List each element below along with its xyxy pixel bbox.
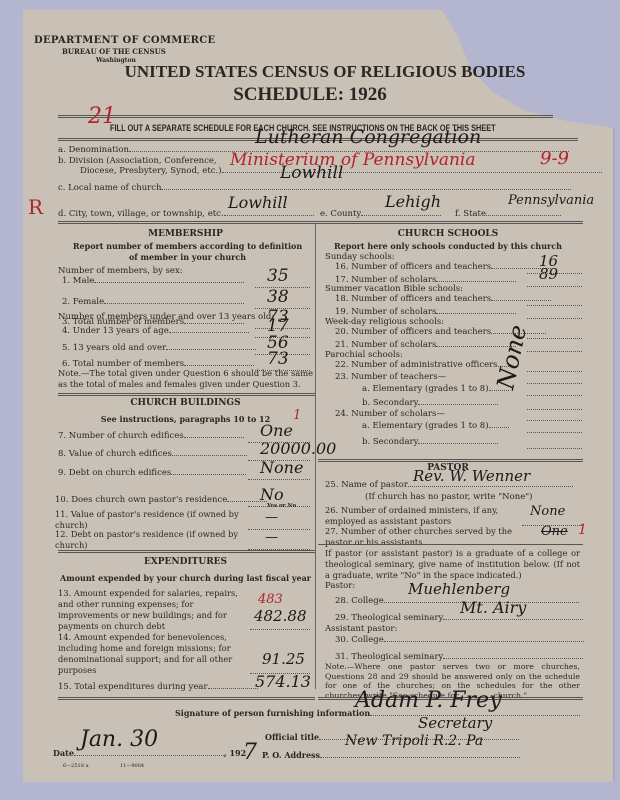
schools-q1-label: 17. Number of scholars — [335, 275, 516, 285]
label-text: 31. Theological seminary — [335, 652, 443, 662]
label-text: 23. Number of teachers— — [335, 372, 446, 382]
buildings-q8-value: 20000.00 — [260, 439, 336, 458]
membership-q1-label: 1. Male — [62, 276, 244, 286]
divider — [318, 459, 583, 462]
schools-q1-value: 89 — [539, 265, 558, 283]
leader-dots — [418, 443, 498, 444]
year-value: 7 — [243, 740, 257, 765]
membership-q2-label: 2. Female — [62, 297, 244, 307]
answer-line — [527, 295, 582, 306]
buildings-q11-label: 11. Value of pastor's residence (if owne… — [55, 509, 245, 531]
label-text: 18. Number of officers and teachers — [335, 294, 491, 304]
department-name: DEPARTMENT OF COMMERCE — [34, 35, 215, 46]
exp-13-red: 483 — [258, 592, 283, 607]
membership-q1-value: 35 — [267, 266, 289, 286]
label-text: 25. Name of pastor — [325, 480, 408, 490]
buildings-q8-label: 8. Value of church edifices — [58, 449, 247, 459]
schools-q5-label: 21. Number of scholars — [335, 340, 516, 350]
graduate-note: If pastor (or assistant pastor) is a gra… — [325, 548, 580, 581]
label-text: 19. Number of scholars — [335, 307, 436, 317]
buildings-q10-label: 10. Does church own pastor's residence — [55, 495, 267, 505]
expenditures-intro: Amount expended by your church during la… — [58, 573, 313, 583]
answer-line — [248, 519, 310, 530]
schools-q6-label: 22. Number of administrative officers — [335, 360, 513, 370]
buildings-q10-value: No — [260, 485, 284, 504]
label-text: 7. Number of church edifices — [58, 431, 184, 441]
buildings-q7-label: 7. Number of church edifices — [58, 431, 244, 441]
form-subtitle: SCHEDULE: 1926 — [0, 84, 620, 106]
q25-value: Rev. W. Wenner — [413, 467, 530, 485]
q30-label: 30. College — [335, 635, 584, 645]
local-name-label: c. Local name of church — [58, 183, 571, 193]
label-text: c. Local name of church — [58, 183, 161, 193]
exp-13-value: 482.88 — [254, 607, 307, 625]
answer-line — [527, 422, 582, 433]
answer-line — [224, 215, 314, 216]
state-label: f. State — [455, 209, 561, 219]
schools-q11-label: a. Elementary (grades 1 to 8) — [362, 421, 509, 431]
q27-red: 1 — [578, 522, 587, 538]
label-text: 1. Male — [62, 276, 94, 286]
exp-14-label: 14. Amount expended for benevolences, in… — [58, 632, 248, 676]
leader-dots — [94, 282, 244, 283]
schools-intro: Report here only schools conducted by th… — [318, 241, 578, 251]
exp-14-value: 91.25 — [262, 650, 305, 668]
schools-q9-label: b. Secondary — [362, 398, 498, 408]
label-text: a. Elementary (grades 1 to 8) — [362, 421, 489, 431]
buildings-heading: CHURCH BUILDINGS — [58, 398, 313, 408]
form-title: UNITED STATES CENSUS OF RELIGIOUS BODIES — [0, 62, 620, 82]
by-age-label: Number of members under and over 13 year… — [58, 312, 274, 322]
assistant-sub-label: Assistant pastor: — [325, 624, 397, 634]
label-text: Diocese, Presbytery, Synod, etc.) — [80, 166, 222, 176]
label-text: 15. Total expenditures during year — [58, 682, 208, 692]
label-text: 24. Number of scholars— — [335, 409, 445, 419]
division-code: 9-9 — [540, 148, 569, 169]
leader-dots — [166, 349, 256, 350]
leader-dots — [436, 281, 516, 282]
leader-dots — [489, 427, 509, 428]
answer-line — [408, 486, 573, 487]
schools-q2-label: 18. Number of officers and teachers — [335, 294, 551, 304]
buildings-q11-value: — — [265, 510, 278, 525]
q25-hint: (If church has no pastor, write "None") — [365, 492, 532, 502]
label-text: a. Elementary (grades 1 to 8) — [362, 384, 489, 394]
schools-q12-label: b. Secondary — [362, 437, 498, 447]
expenditures-heading: EXPENDITURES — [58, 557, 313, 567]
q27-value: One — [541, 524, 568, 539]
membership-q2-value: 38 — [267, 287, 289, 307]
label-text: f. State — [455, 209, 486, 219]
label-text: 20. Number of officers and teachers — [335, 327, 491, 337]
label-text: 5. 13 years old and over — [62, 343, 166, 353]
exp-13-label: 13. Amount expended for salaries, repair… — [58, 588, 248, 632]
signature-value: Adam P. Frey — [355, 688, 502, 713]
answer-line — [527, 308, 582, 319]
leader-dots — [169, 332, 249, 333]
buildings-q7-red: 1 — [293, 408, 301, 423]
leader-dots — [172, 455, 247, 456]
exp-15-label: 15. Total expenditures during year — [58, 682, 258, 692]
city-value: Lowhill — [228, 193, 288, 212]
answer-line — [527, 438, 582, 449]
label-text: 16. Number of officers and teachers — [335, 262, 491, 272]
leader-dots — [184, 437, 244, 438]
exp-15-value: 574.13 — [255, 672, 311, 691]
answer-line — [222, 172, 602, 173]
buildings-q12-value: — — [265, 530, 278, 545]
red-margin-mark: R — [28, 195, 43, 219]
buildings-q12-label: 12. Debt on pastor's residence (if owned… — [55, 529, 245, 551]
schools-heading: CHURCH SCHOOLS — [318, 229, 578, 239]
membership-q5-label: 5. 13 years old and over — [62, 343, 256, 353]
label-text: a. Denomination — [58, 145, 129, 155]
yes-no-hint: Yes or No — [267, 503, 296, 509]
division-value: Ministerium of Pennsylvania — [230, 150, 475, 170]
q28-value: Muehlenberg — [408, 580, 510, 598]
answer-line — [527, 328, 582, 339]
summer-label: Summer vacation Bible schools: — [325, 284, 463, 294]
leader-dots — [418, 404, 498, 405]
label-text: 8. Value of church edifices — [58, 449, 172, 459]
answer-line — [527, 361, 582, 372]
label-text: Official title — [265, 732, 319, 742]
address-label: P. O. Address — [262, 750, 520, 760]
leader-dots — [171, 474, 246, 475]
answer-line — [161, 189, 571, 190]
divider — [318, 544, 583, 545]
answer-line — [443, 619, 583, 620]
state-value: Pennsylvania — [508, 193, 594, 208]
membership-q4-label: 4. Under 13 years of age — [62, 326, 249, 336]
buildings-q9-label: 9. Debt on church edifices — [58, 468, 246, 478]
answer-line — [74, 755, 224, 756]
label-text: 22. Number of administrative officers — [335, 360, 498, 370]
label-text: d. City, town, village, or township, etc… — [58, 209, 224, 219]
q26-label: 26. Number of ordained ministers, if any… — [325, 505, 520, 527]
answer-line — [527, 399, 582, 410]
answer-line — [384, 641, 584, 642]
leader-dots — [489, 390, 509, 391]
answer-line — [527, 410, 582, 421]
label-text: 17. Number of scholars — [335, 275, 436, 285]
label-text: b. Secondary — [362, 437, 418, 447]
label-text: 2. Female — [62, 297, 104, 307]
leader-dots — [184, 323, 244, 324]
divider — [58, 115, 553, 118]
schools-q3-label: 19. Number of scholars — [335, 307, 516, 317]
answer-line — [443, 658, 583, 659]
answer-line — [248, 539, 310, 550]
label-text: 21. Number of scholars — [335, 340, 436, 350]
label-text: Date — [53, 748, 74, 758]
bureau-name: BUREAU OF THE CENSUS — [62, 47, 166, 56]
label-text: 10. Does church own pastor's residence — [55, 495, 227, 505]
answer-line — [527, 373, 582, 384]
divider — [58, 697, 315, 700]
pastor-sub-label: Pastor: — [325, 581, 355, 591]
leader-dots — [184, 365, 254, 366]
answer-line — [527, 385, 582, 396]
q31-label: 31. Theological seminary — [335, 652, 583, 662]
answer-line — [208, 688, 258, 689]
form-number: 6—2518 a. — [63, 763, 90, 769]
label-text: P. O. Address — [262, 750, 320, 760]
label-text: 29. Theological seminary — [335, 613, 443, 623]
date-value: Jan. 30 — [80, 727, 158, 752]
label-text: Signature of person furnishing informati… — [175, 708, 370, 718]
weekday-label: Week-day religious schools: — [325, 317, 444, 327]
buildings-q9-value: None — [260, 458, 303, 477]
q29-value: Mt. Airy — [460, 598, 526, 617]
divider — [58, 221, 583, 224]
membership-intro: Report number of members according to de… — [70, 241, 305, 263]
print-number: 11—9084 — [120, 763, 144, 769]
schools-q7-label: 23. Number of teachers— — [335, 372, 446, 382]
answer-line — [320, 757, 520, 758]
label-text: 28. College — [335, 596, 384, 606]
answer-line — [361, 215, 441, 216]
membership-note: Note.—The total given under Question 6 s… — [58, 368, 313, 390]
answer-line — [527, 341, 582, 352]
schools-q10-label: 24. Number of scholars— — [335, 409, 445, 419]
buildings-q7-value: One — [260, 421, 293, 440]
divider — [58, 393, 315, 396]
local-name-value: Lowhill — [280, 163, 343, 183]
leader-dots — [104, 303, 244, 304]
label-text: b. Secondary — [362, 398, 418, 408]
label-text: e. County — [320, 209, 361, 219]
county-value: Lehigh — [385, 192, 441, 211]
label-text: 30. College — [335, 635, 384, 645]
title-value: Secretary — [418, 714, 492, 732]
by-sex-label: Number of members, by sex: — [58, 266, 183, 276]
membership-heading: MEMBERSHIP — [58, 229, 313, 239]
schools-q8-label: a. Elementary (grades 1 to 8) — [362, 384, 509, 394]
address-value: New Tripoli R.2. Pa — [345, 733, 483, 749]
answer-line — [486, 215, 561, 216]
schools-q0-label: 16. Number of officers and teachers — [335, 262, 551, 272]
leader-dots — [436, 313, 516, 314]
divider — [58, 550, 315, 553]
membership-q6-value: 73 — [267, 349, 289, 369]
parochial-label: Parochial schools: — [325, 350, 403, 360]
label-text: 9. Debt on church edifices — [58, 468, 171, 478]
division-label-1: b. Division (Association, Conference, — [58, 156, 217, 166]
sunday-label: Sunday schools: — [325, 252, 395, 262]
q26-value: None — [530, 504, 565, 519]
label-text: 4. Under 13 years of age — [62, 326, 169, 336]
